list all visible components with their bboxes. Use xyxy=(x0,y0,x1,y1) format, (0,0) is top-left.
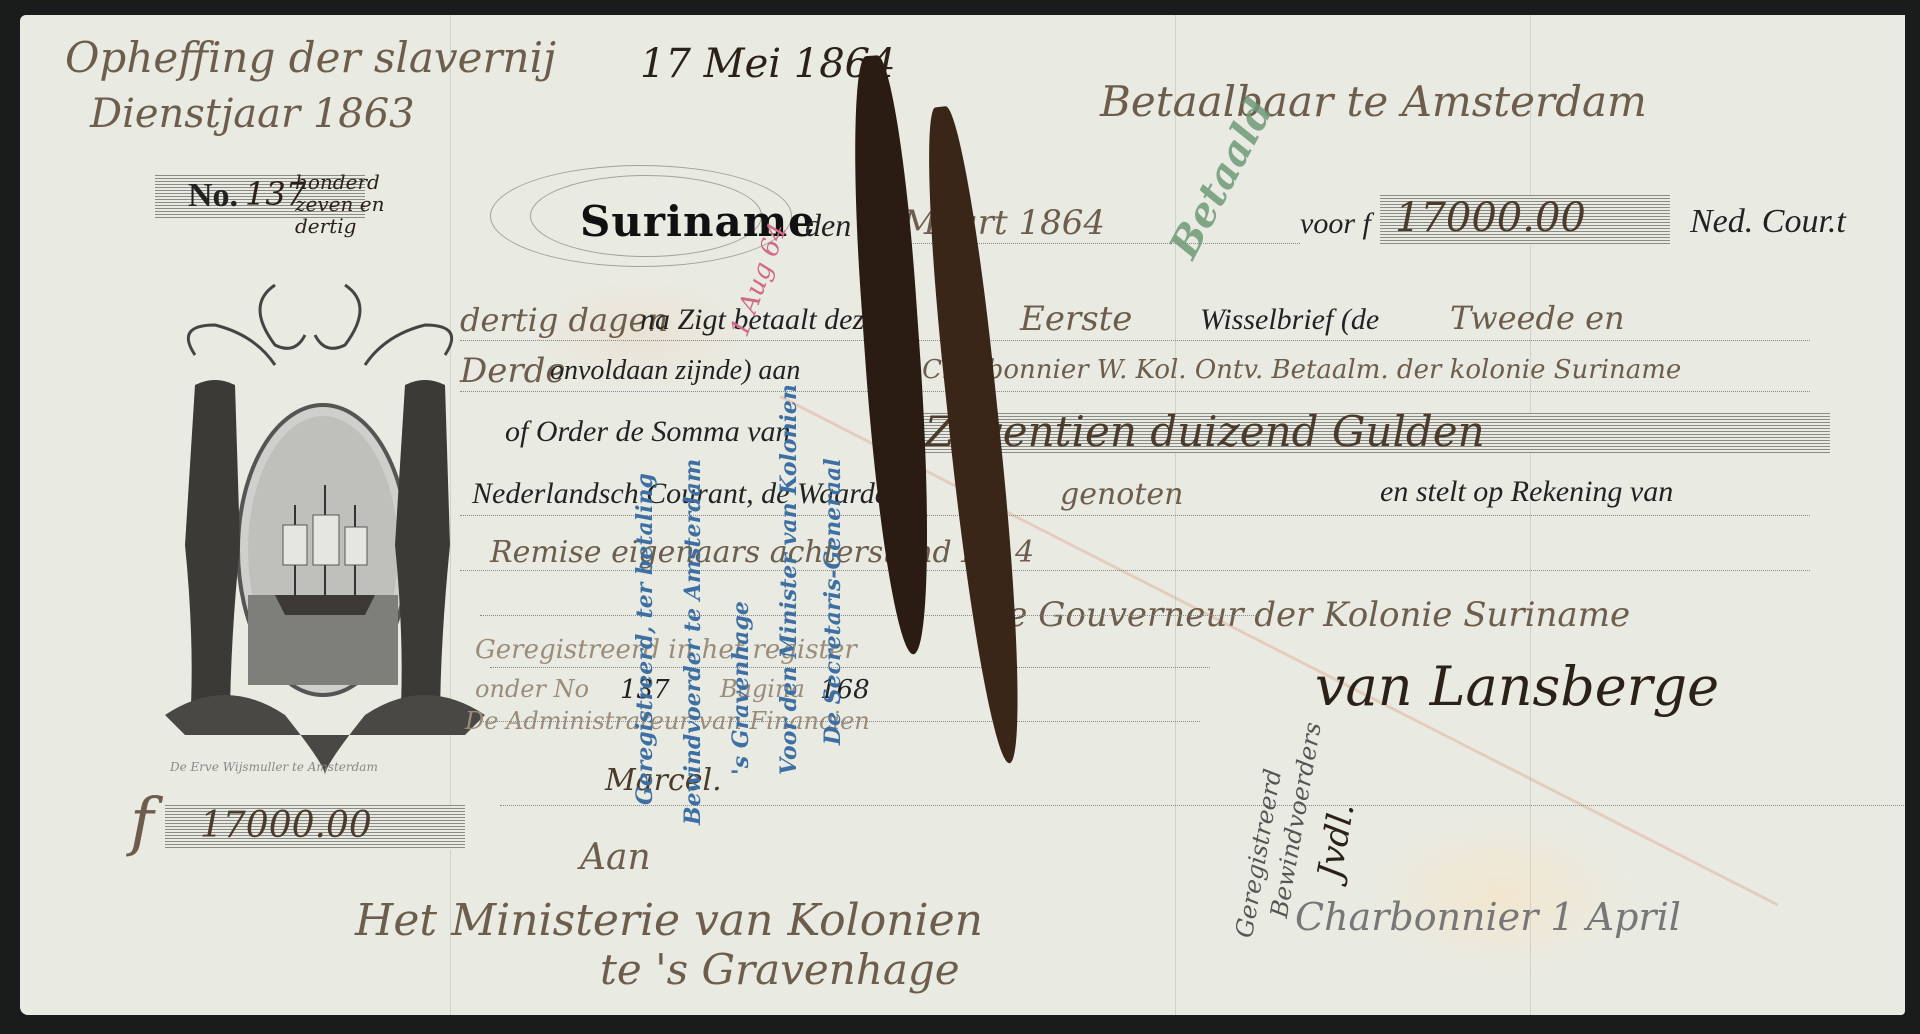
body-line2-b: onvoldaan zijnde) aan xyxy=(550,355,800,387)
amount-prefix: voor f xyxy=(1300,207,1371,241)
dotted-line xyxy=(490,667,1210,668)
dotted-line xyxy=(480,615,1260,616)
blue-stamp-line2: Bewindvoerder te Amsterdam xyxy=(680,459,706,825)
dotted-line xyxy=(460,340,1810,341)
blue-stamp-line1: Geregistreerd, ter betaling xyxy=(632,473,658,805)
endorse-initials: Jvdl. xyxy=(1310,800,1363,882)
blue-stamp-line3: 's Gravenhage xyxy=(728,601,754,775)
signature: van Lansberge xyxy=(1315,655,1719,718)
header-note-1: Opheffing der slavernij xyxy=(65,33,556,82)
body-line4-b: genoten xyxy=(1060,477,1183,512)
dotted-line xyxy=(500,805,1905,806)
side-amount-prefix: f xyxy=(130,785,154,859)
dotted-line xyxy=(460,570,1810,571)
number-label: No. xyxy=(188,177,238,215)
addressee-line1: Het Ministerie van Kolonien xyxy=(355,895,983,946)
body-line1-d: Wisselbrief (de xyxy=(1200,303,1379,337)
body-line3-b: Zeventien duizend Gulden xyxy=(925,407,1485,456)
body-line1-c: Eerste xyxy=(1020,299,1132,339)
dotted-line xyxy=(460,515,1810,516)
body-line3-a: of Order de Somma van xyxy=(505,415,791,449)
blue-stamp-line5: De Secretaris-Generaal xyxy=(820,458,846,745)
header-note-2: Dienstjaar 1863 xyxy=(90,91,415,137)
date-prefix: den xyxy=(805,207,851,244)
registry-line2-a: onder No xyxy=(475,675,589,703)
body-line5: Remise eigenaars achterstand No 4 xyxy=(490,535,1034,570)
addressee-prefix: Aan xyxy=(580,837,651,878)
endorse-bottom: Charbonnier 1 April xyxy=(1295,895,1681,939)
coat-of-arms-vignette-icon xyxy=(155,265,485,775)
payable-at: Betaalbaar te Amsterdam xyxy=(1100,77,1647,126)
body-line1-e: Tweede en xyxy=(1450,299,1625,337)
dotted-line xyxy=(860,243,1300,244)
currency-suffix: Ned. Cour.t xyxy=(1690,203,1846,241)
number-words: honderd zeven en dertig xyxy=(295,171,435,237)
addressee-line2: te 's Gravenhage xyxy=(600,945,960,994)
bill-of-exchange: Opheffing der slavernij Dienstjaar 1863 … xyxy=(20,15,1905,1015)
amount-value: 17000.00 xyxy=(1395,195,1586,241)
dotted-line xyxy=(460,391,1810,392)
blue-stamp-line4: Voor den Minister van Kolonien xyxy=(776,384,802,775)
engraver-credit: De Erve Wijsmuller te Amsterdam xyxy=(170,760,378,774)
body-line4-c: en stelt op Rekening van xyxy=(1380,475,1673,509)
body-line1-a: dertig dagen xyxy=(460,301,668,339)
side-amount: 17000.00 xyxy=(200,805,372,846)
